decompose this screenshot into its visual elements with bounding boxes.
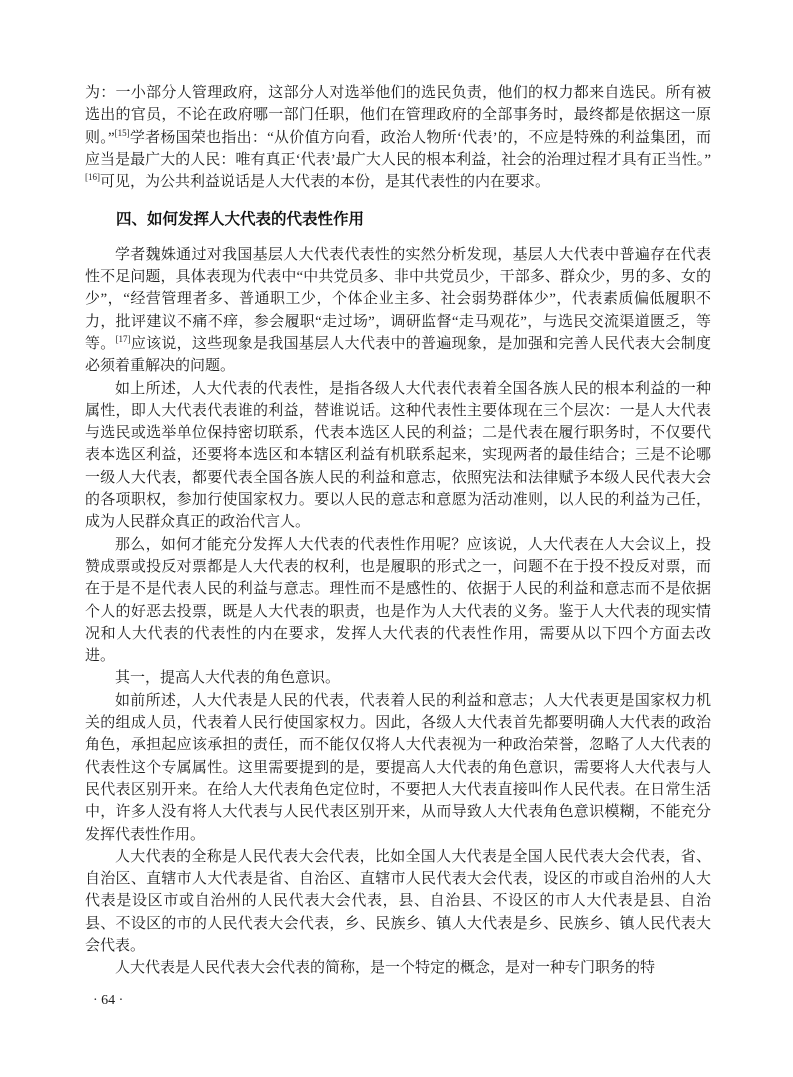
document-page: 为：一小部分人管理政府，这部分人对选举他们的选民负责，他们的权力都来自选民。所有… xyxy=(0,0,793,1077)
body-text: 可见，为公共利益说话是人大代表的本份，是其代表性的内在要求。 xyxy=(100,174,550,190)
paragraph-role-awareness: 如前所述，人大代表是人民的代表，代表着人民的利益和意志；人大代表更是国家权力机关… xyxy=(85,690,711,846)
citation-ref-16: [16] xyxy=(85,172,100,182)
paragraph-representativeness-deficit: 学者魏姝通过对我国基层人大代表代表性的实然分析发现，基层人大代表中普遍存在代表性… xyxy=(85,244,711,378)
paragraph-definition-start: 人大代表是人民代表大会代表的简称，是一个特定的概念，是对一种专门职务的特 xyxy=(85,957,711,979)
citation-ref-17: [17] xyxy=(116,334,131,344)
section-heading: 四、如何发挥人大代表的代表性作用 xyxy=(85,209,711,231)
paragraph-continuation: 为：一小部分人管理政府，这部分人对选举他们的选民负责，他们的权力都来自选民。所有… xyxy=(85,82,711,193)
paragraph-full-name: 人大代表的全称是人民代表大会代表，比如全国人大代表是全国人民代表大会代表，省、自… xyxy=(85,846,711,957)
paragraph-point-one: 其一，提高人大代表的角色意识。 xyxy=(85,667,711,689)
body-text: 应该说，这些现象是我国基层人大代表中的普遍现象，是加强和完善人民代表大会制度必须… xyxy=(85,336,711,374)
paragraph-how-to-exert: 那么，如何才能充分发挥人大代表的代表性作用呢？应该说，人大代表在人大会议上，投赞… xyxy=(85,534,711,668)
citation-ref-15: [15] xyxy=(115,128,130,138)
paragraph-three-levels: 如上所述，人大代表的代表性，是指各级人大代表代表着全国各族人民的根本利益的一种属… xyxy=(85,378,711,534)
body-text: 学者杨国荣也指出：“从价值方向看，政治人物所‘代表’的，不应是特殊的利益集团，而… xyxy=(85,130,711,168)
article-body: 为：一小部分人管理政府，这部分人对选举他们的选民负责，他们的权力都来自选民。所有… xyxy=(85,82,711,980)
page-number: · 64 · xyxy=(93,993,123,1009)
